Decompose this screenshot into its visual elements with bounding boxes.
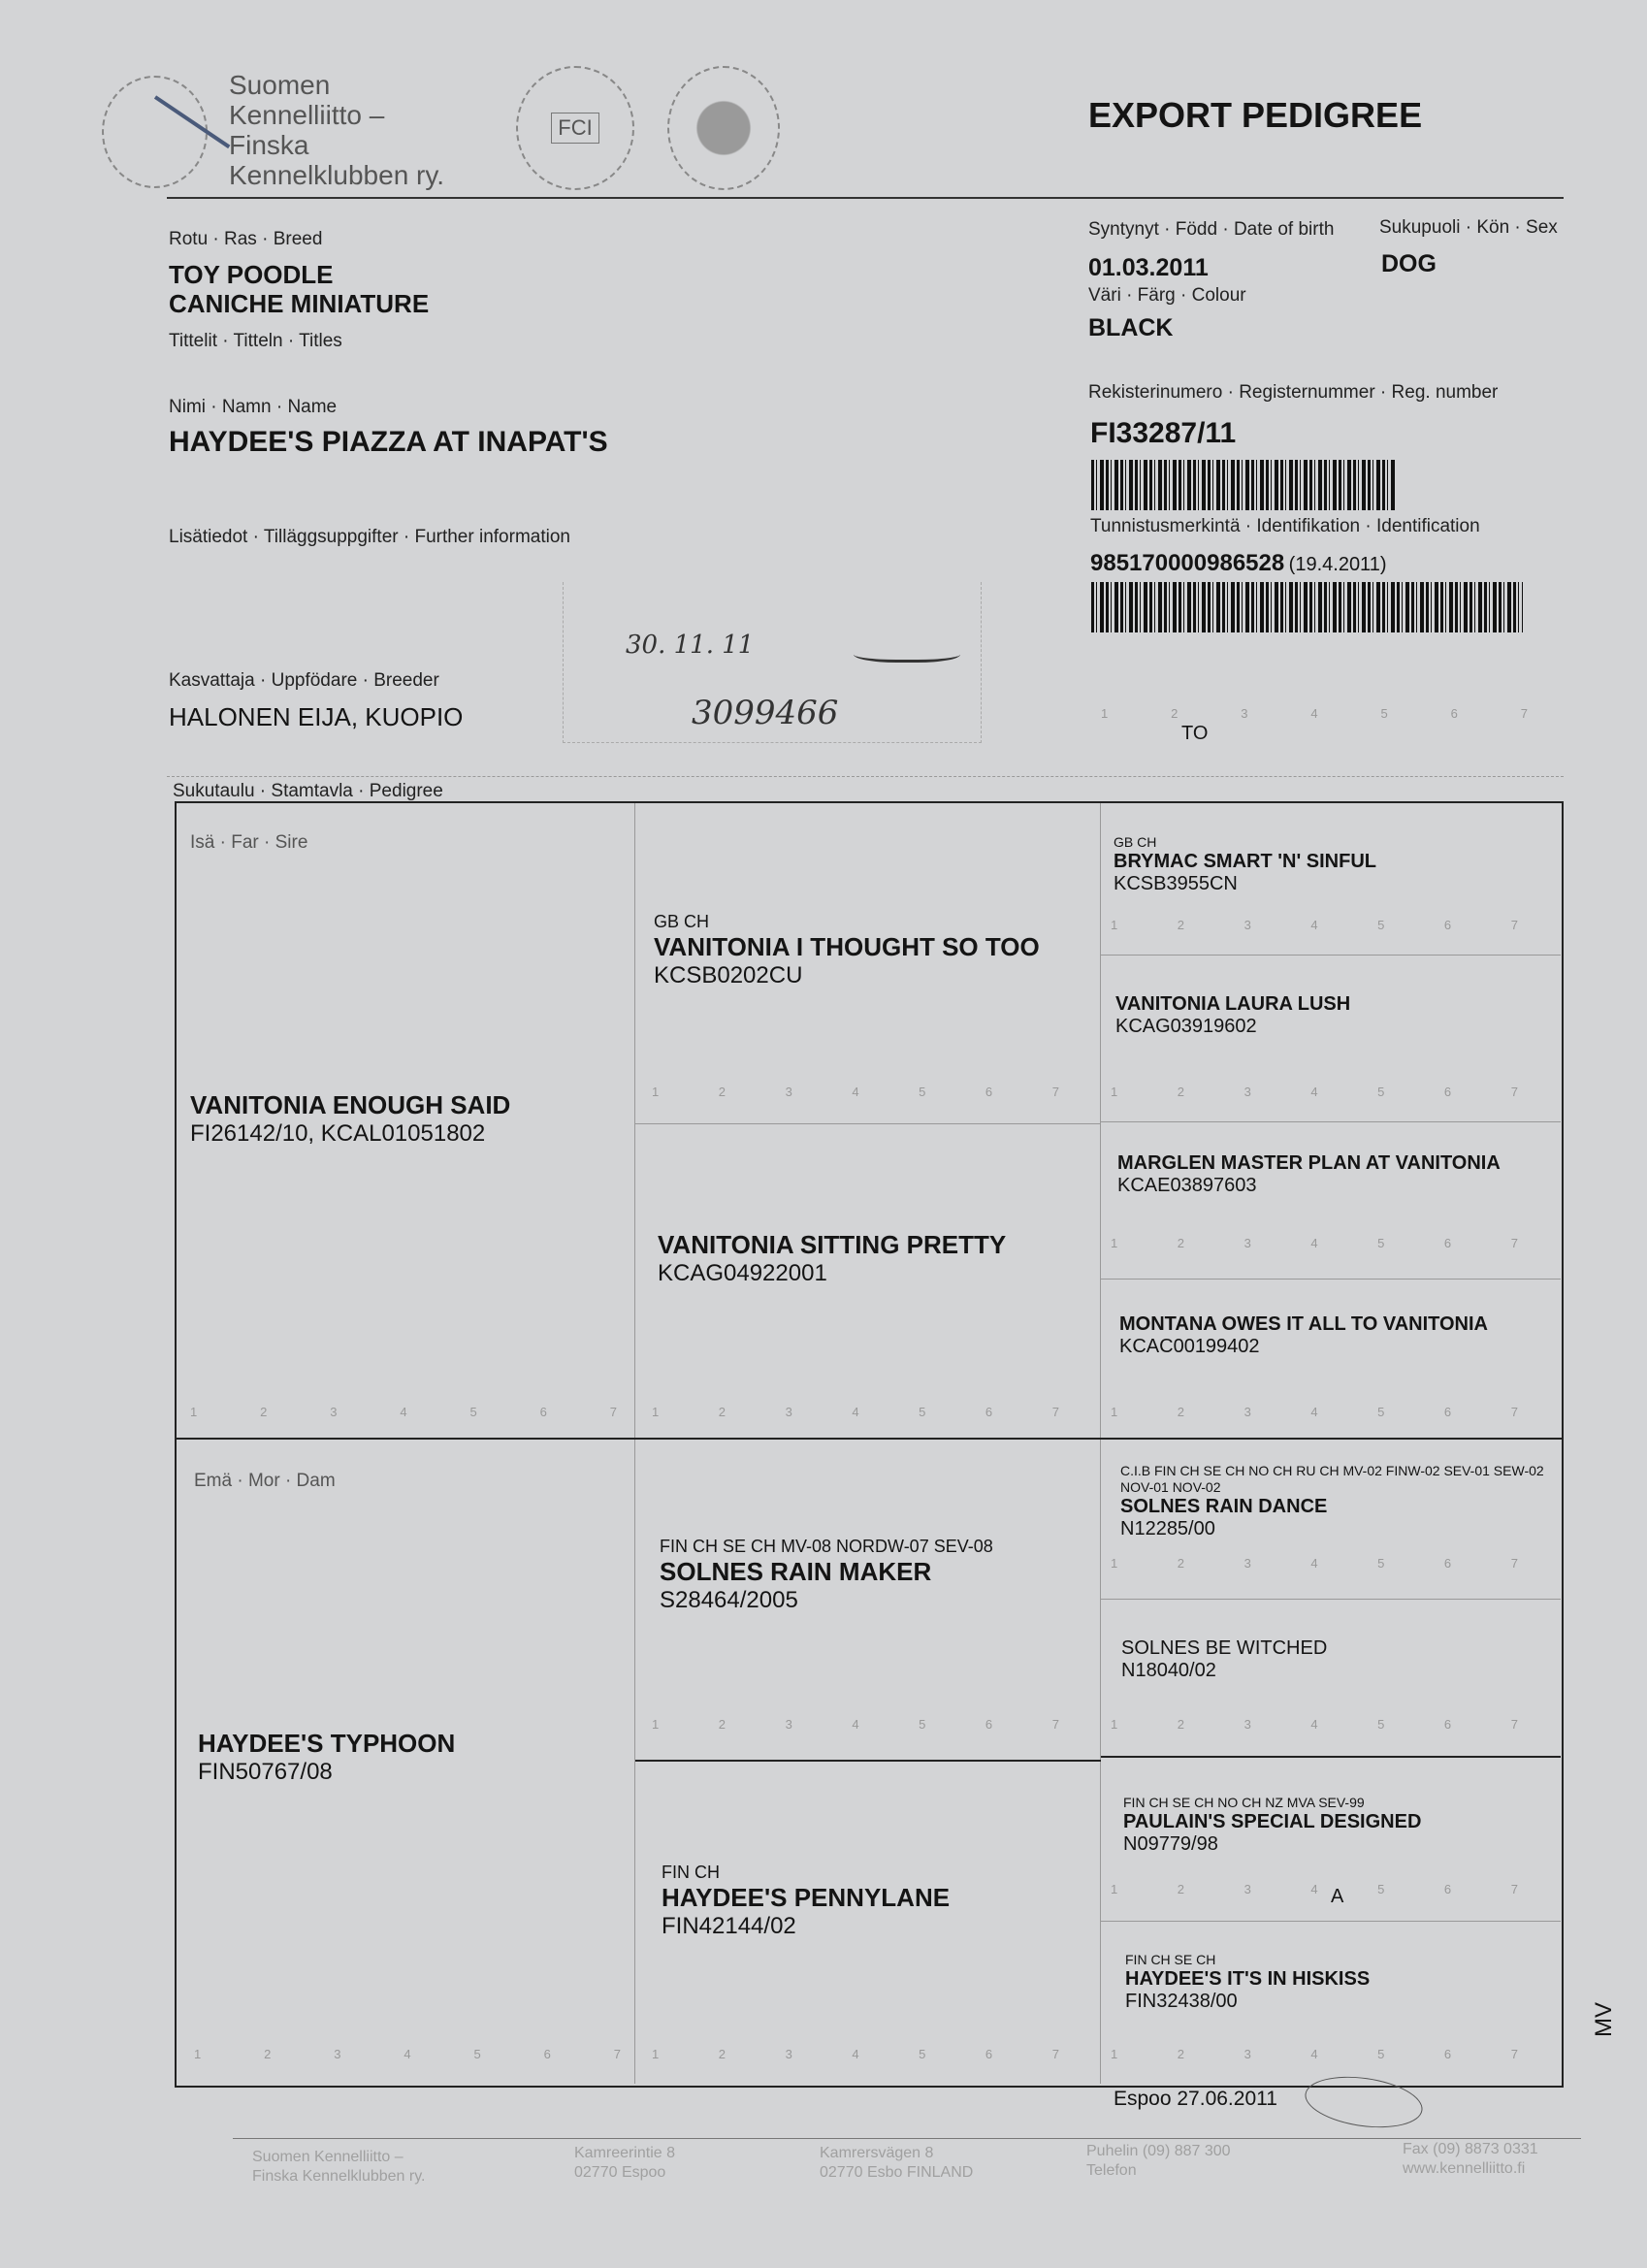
ggp-divider-3 xyxy=(1101,1279,1561,1280)
breed-value-line2: CANICHE MINIATURE xyxy=(169,289,429,319)
reg-number: FI33287/11 xyxy=(1090,417,1236,450)
footer-col-2: Kamreerintie 802770 Espoo xyxy=(574,2144,675,2183)
subject-mark: TO xyxy=(1181,723,1208,745)
breeder-label: Kasvattaja · Uppfödare · Breeder xyxy=(169,670,439,692)
score-row: 1234567 xyxy=(1111,1556,1518,1571)
score-row: 1234567 xyxy=(194,2047,621,2061)
score-row: 1234567 xyxy=(652,1085,1059,1099)
id-number: 985170000986528 xyxy=(1090,550,1284,576)
gp-divider-top xyxy=(635,1123,1101,1124)
score-row: 1234567 xyxy=(1111,918,1518,932)
reg-barcode-icon xyxy=(1091,460,1397,510)
sire-dam-divider xyxy=(175,1438,1562,1440)
sire-name: VANITONIA ENOUGH SAID xyxy=(190,1090,510,1120)
great-grandparent-3: MARGLEN MASTER PLAN AT VANITONIA KCAE038… xyxy=(1117,1152,1501,1197)
dam-reg: FIN50767/08 xyxy=(198,1759,455,1786)
org-name: Suomen Kennelliitto – Finska Kennelklubb… xyxy=(229,70,444,190)
grandparent-3: FIN CH SE CH MV-08 NORDW-07 SEV-08 SOLNE… xyxy=(660,1537,993,1614)
sex-value: DOG xyxy=(1381,250,1437,278)
kennel-club-seal-icon xyxy=(102,76,208,188)
id-label: Tunnistusmerkintä · Identifikation · Ide… xyxy=(1090,516,1480,537)
great-grandparent-5: C.I.B FIN CH SE CH NO CH RU CH MV-02 FIN… xyxy=(1120,1463,1547,1540)
great-grandparent-8: FIN CH SE CH HAYDEE'S IT'S IN HISKISS FI… xyxy=(1125,1952,1370,2013)
score-row: 1234567 xyxy=(1111,1236,1518,1250)
ggp-divider-7 xyxy=(1101,1921,1561,1922)
reg-label: Rekisterinumero · Registernummer · Reg. … xyxy=(1088,382,1498,404)
breed-label: Rotu · Ras · Breed xyxy=(169,229,322,250)
score-row: 1234567 xyxy=(190,1405,617,1419)
stamp-divider xyxy=(167,776,1564,777)
nordic-seal-icon xyxy=(667,66,780,190)
great-grandparent-1: GB CH BRYMAC SMART 'N' SINFUL KCSB3955CN xyxy=(1114,834,1376,895)
score-row: 1234567 xyxy=(652,2047,1059,2061)
dob-label: Syntynyt · Född · Date of birth xyxy=(1088,219,1334,241)
fci-seal-icon: FCI xyxy=(516,66,634,190)
col-divider-1 xyxy=(634,803,635,2084)
score-row: 1234567 xyxy=(1111,2047,1518,2061)
breeder-value: HALONEN EIJA, KUOPIO xyxy=(169,702,463,732)
score-row: 1234567 xyxy=(1111,1085,1518,1099)
ggp-divider-6 xyxy=(1101,1756,1561,1758)
gp-divider-bottom xyxy=(635,1760,1101,1762)
place-date: Espoo 27.06.2011 xyxy=(1114,2088,1277,2111)
breed-value-line1: TOY POODLE xyxy=(169,260,334,290)
ggp-divider-2 xyxy=(1101,1121,1561,1122)
sex-label: Sukupuoli · Kön · Sex xyxy=(1379,217,1558,239)
handwritten-date: 30. 11. 11 xyxy=(626,631,754,660)
dam-label: Emä · Mor · Dam xyxy=(194,1471,336,1492)
handwritten-number: 3099466 xyxy=(692,694,838,732)
score-row: 1234567 xyxy=(1111,1717,1518,1732)
great-grandparent-2: VANITONIA LAURA LUSH KCAG03919602 xyxy=(1115,993,1350,1038)
further-info-label: Lisätiedot · Tilläggsuppgifter · Further… xyxy=(169,527,570,548)
pedigree-section-label: Sukutaulu · Stamtavla · Pedigree xyxy=(173,781,443,802)
sire-cell: VANITONIA ENOUGH SAID FI26142/10, KCAL01… xyxy=(190,1090,510,1148)
great-grandparent-4: MONTANA OWES IT ALL TO VANITONIA KCAC001… xyxy=(1119,1313,1488,1358)
colour-label: Väri · Färg · Colour xyxy=(1088,285,1246,307)
score-row: 1234567 xyxy=(652,1717,1059,1732)
document-title: EXPORT PEDIGREE xyxy=(1088,95,1422,136)
score-row: 1234567 xyxy=(1111,1882,1518,1896)
titles-label: Tittelit · Titteln · Titles xyxy=(169,331,342,352)
score-row: 1234567 xyxy=(652,1405,1059,1419)
footer-col-1: Suomen Kennelliitto –Finska Kennelklubbe… xyxy=(252,2148,425,2187)
footer-rule xyxy=(233,2138,1581,2139)
sire-reg: FI26142/10, KCAL01051802 xyxy=(190,1120,510,1148)
footer-col-5: Fax (09) 8873 0331www.kennelliitto.fi xyxy=(1403,2140,1538,2179)
dog-name: HAYDEE'S PIAZZA AT INAPAT'S xyxy=(169,426,608,459)
dob-value: 01.03.2011 xyxy=(1088,254,1209,282)
id-line: 985170000986528 (19.4.2011) xyxy=(1090,550,1386,577)
ggp-divider-1 xyxy=(1101,955,1561,956)
grandparent-1: GB CH VANITONIA I THOUGHT SO TOO KCSB020… xyxy=(654,912,1040,989)
footer-col-4: Puhelin (09) 887 300Telefon xyxy=(1086,2142,1231,2181)
id-barcode-icon xyxy=(1091,582,1523,632)
ggp-divider-5 xyxy=(1101,1599,1561,1600)
footer-col-3: Kamrersvägen 802770 Esbo FINLAND xyxy=(820,2144,973,2183)
colour-value: BLACK xyxy=(1088,314,1174,342)
great-grandparent-7: FIN CH SE CH NO CH NZ MVA SEV-99 PAULAIN… xyxy=(1123,1795,1421,1856)
grandparent-4: FIN CH HAYDEE'S PENNYLANE FIN42144/02 xyxy=(662,1863,950,1940)
score-row: 1234567 xyxy=(1111,1405,1518,1419)
handwritten-initials-icon xyxy=(854,642,960,663)
col-divider-2 xyxy=(1100,803,1101,2084)
sire-label: Isä · Far · Sire xyxy=(190,832,307,854)
side-mark: MV xyxy=(1591,2002,1618,2037)
subject-score-row: 1234567 xyxy=(1101,706,1528,721)
header-rule xyxy=(167,197,1564,199)
dam-cell: HAYDEE'S TYPHOON FIN50767/08 xyxy=(198,1729,455,1786)
id-date: (19.4.2011) xyxy=(1289,554,1387,575)
dam-name: HAYDEE'S TYPHOON xyxy=(198,1729,455,1759)
grandparent-2: VANITONIA SITTING PRETTY KCAG04922001 xyxy=(658,1230,1006,1287)
name-label: Nimi · Namn · Name xyxy=(169,397,337,418)
great-grandparent-6: SOLNES BE WITCHED N18040/02 xyxy=(1121,1637,1327,1682)
